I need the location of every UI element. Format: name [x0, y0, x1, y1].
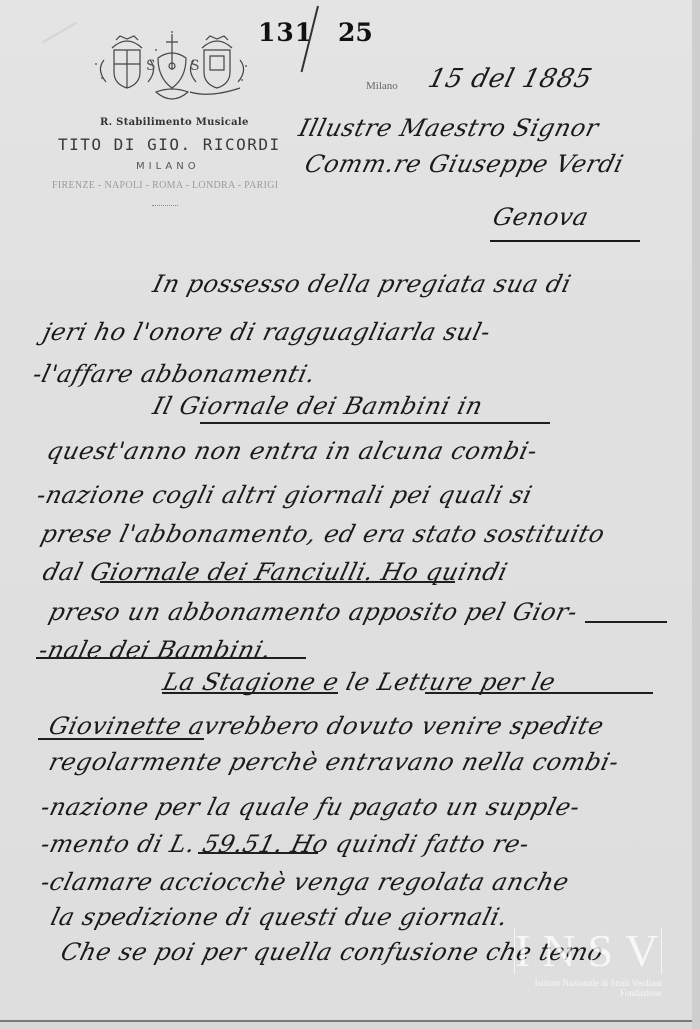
- title-underline: [425, 692, 653, 694]
- body-line: preso un abbonamento apposito pel Gior-: [46, 598, 581, 626]
- body-line: Il Giornale dei Bambini in: [150, 392, 486, 420]
- body-line: la spedizione di questi due giornali.: [48, 903, 511, 931]
- body-line: -nale dei Bambini.: [36, 636, 275, 664]
- amount-underline: [198, 852, 318, 854]
- royal-coat-of-arms-icon: S S: [86, 30, 258, 112]
- watermark-institute: Istituto Nazionale di Studi Verdiani: [514, 978, 662, 988]
- archive-number: 131: [258, 18, 313, 47]
- letterhead-subtitle: R. Stabilimento Musicale: [100, 117, 249, 128]
- address-line-1: Illustre Maestro Signor: [296, 114, 602, 142]
- body-line: prese l'abbonamento, ed era stato sostit…: [38, 520, 608, 548]
- body-line: Giovinette avrebbero dovuto venire spedi…: [46, 712, 607, 740]
- body-line: regolarmente perchè entravano nella comb…: [46, 748, 622, 776]
- address-underline: [490, 240, 640, 242]
- insv-logo: INSV: [514, 928, 662, 974]
- body-line: -l'affare abbonamenti.: [30, 360, 319, 388]
- insv-watermark: INSV Istituto Nazionale di Studi Verdian…: [514, 928, 662, 998]
- address-city: Genova: [490, 203, 592, 231]
- title-underline: [162, 692, 338, 694]
- body-line: In possesso della pregiata sua di: [150, 270, 574, 298]
- archive-subnumber: 25: [338, 18, 373, 47]
- title-underline: [585, 621, 667, 623]
- body-line: -nazione cogli altri giornali pei quali …: [34, 481, 535, 509]
- body-line: -clamare acciocchè venga regolata anche: [38, 868, 572, 896]
- body-line: jeri ho l'onore di ragguagliarla sul-: [40, 318, 494, 346]
- letterhead-branches: FIRENZE - NAPOLI - ROMA - LONDRA - PARIG…: [52, 180, 278, 191]
- title-underline: [200, 422, 550, 424]
- title-underline: [38, 738, 204, 740]
- address-line-2: Comm.re Giuseppe Verdi: [302, 150, 627, 178]
- svg-text:S: S: [146, 58, 156, 74]
- letterhead-company: TITO DI GIO. RICORDI: [58, 135, 281, 154]
- watermark-foundation: Fondazione: [514, 988, 662, 998]
- title-underline: [100, 581, 455, 583]
- title-underline: [36, 657, 306, 659]
- dateline-date: 15 del 1885: [425, 64, 595, 94]
- letterhead-city: MILANO: [136, 161, 200, 172]
- dateline-place: Milano: [366, 80, 398, 92]
- ornament-divider: [152, 205, 178, 210]
- page-edge: [692, 0, 700, 1029]
- body-line: -nazione per la quale fu pagato un suppl…: [38, 793, 583, 821]
- body-line: quest'anno non entra in alcuna combi-: [44, 437, 541, 465]
